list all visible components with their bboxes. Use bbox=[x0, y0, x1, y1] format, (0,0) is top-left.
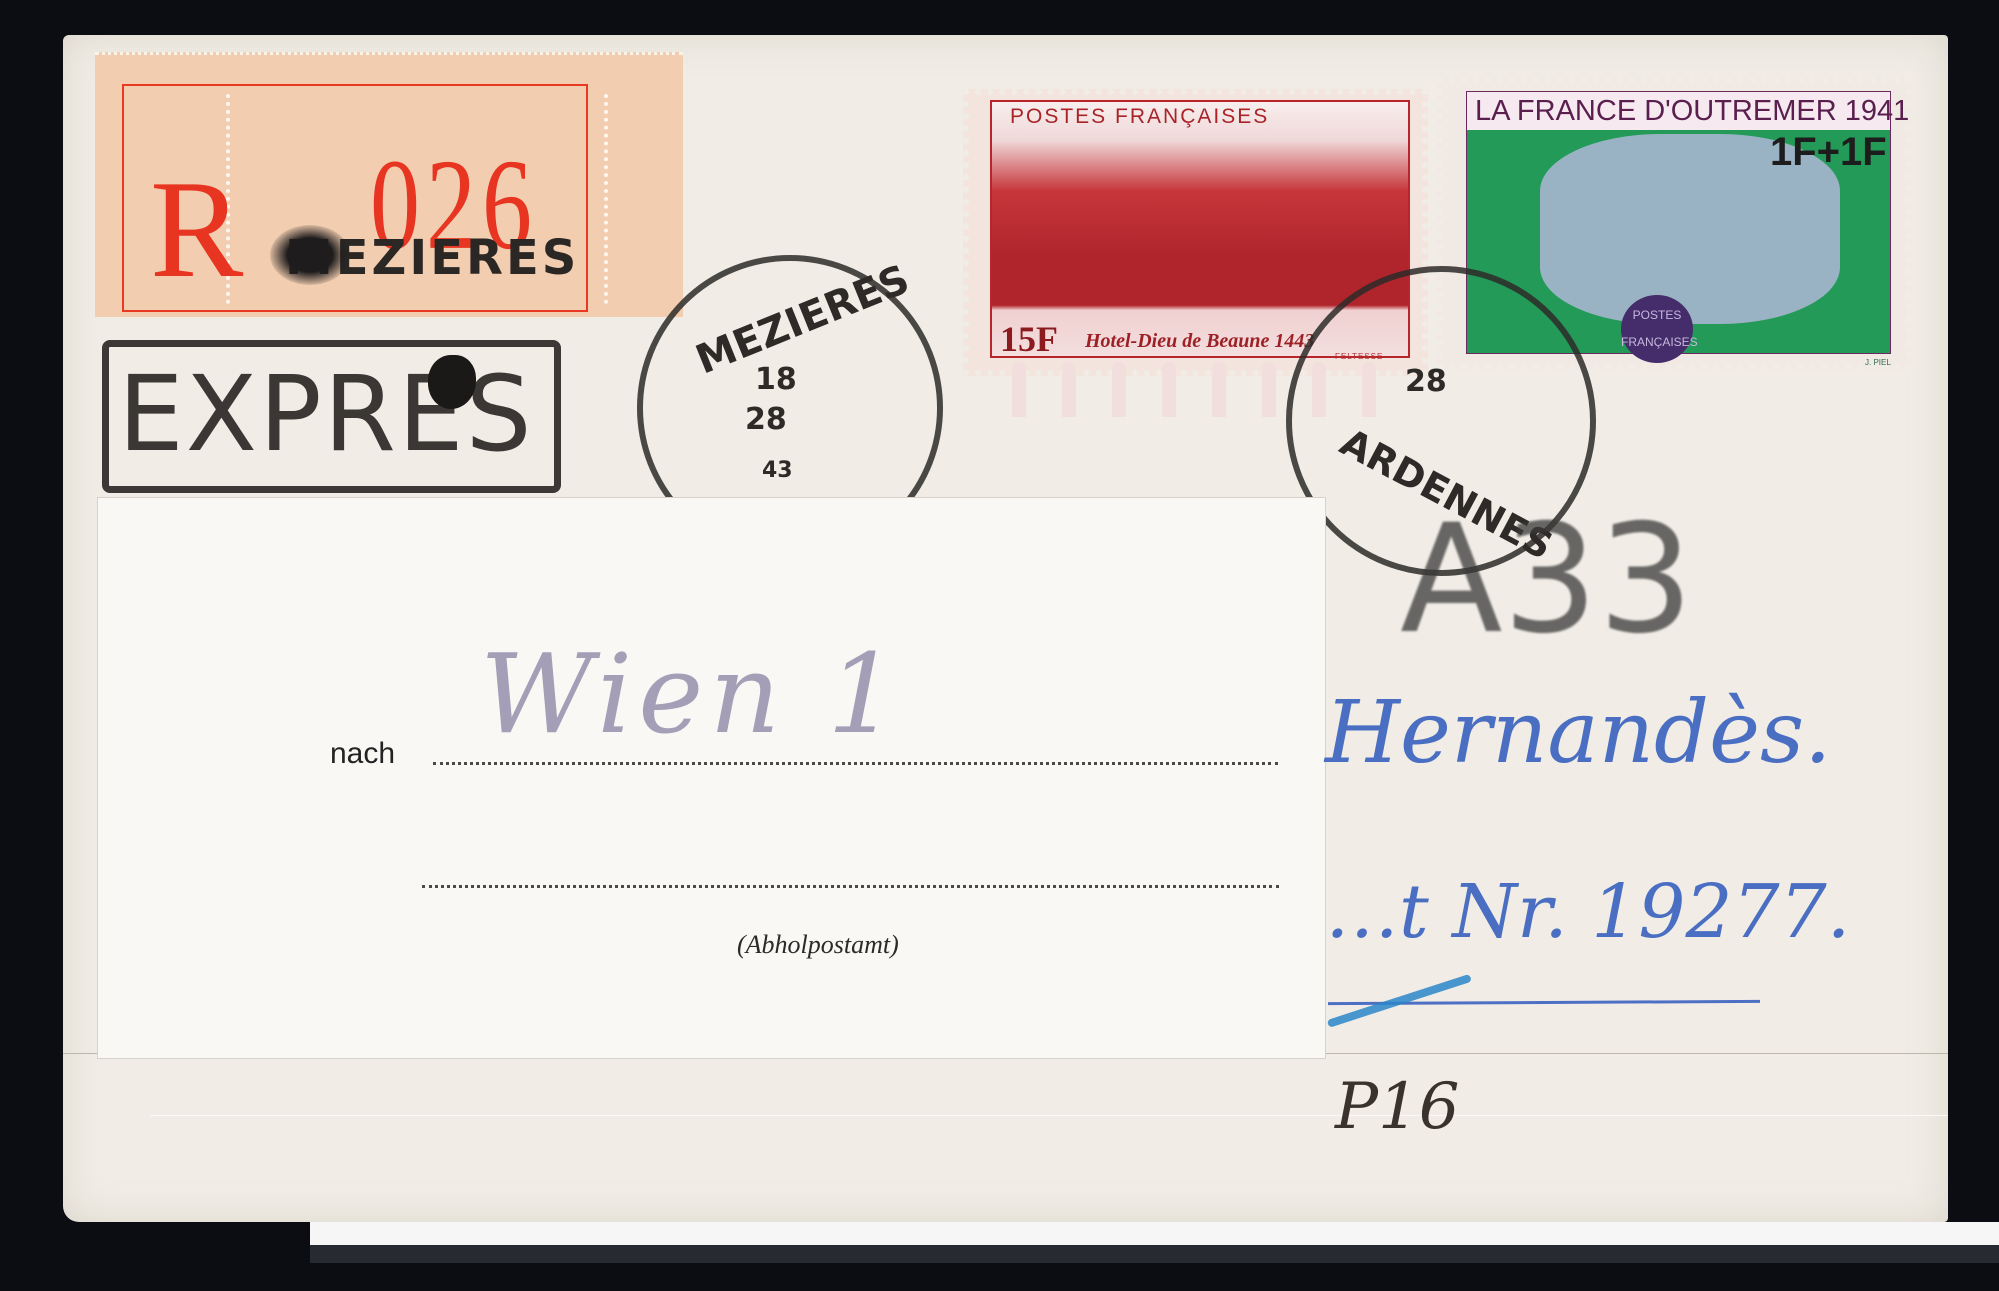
perforation-line bbox=[604, 94, 612, 304]
globe-badge-icon bbox=[1621, 295, 1693, 363]
arcade-arch bbox=[1062, 362, 1076, 417]
arcade-arch bbox=[1162, 362, 1176, 417]
postmark-time: 18 bbox=[755, 365, 797, 395]
arcade-arch bbox=[1262, 362, 1276, 417]
postmark-year: 43 bbox=[762, 460, 793, 482]
dotted-line bbox=[422, 885, 1279, 888]
address-name: Hernandès. bbox=[1325, 690, 1831, 776]
mount-strip bbox=[310, 1222, 1999, 1245]
bottom-note: P16 bbox=[1335, 1075, 1460, 1139]
address-number: …t Nr. 19277. bbox=[1325, 875, 1850, 949]
arcade-arch bbox=[1112, 362, 1126, 417]
badge-text-top: POSTES bbox=[1621, 308, 1693, 322]
stamp-caption: Hotel-Dieu de Beaune 1443 bbox=[1085, 330, 1314, 353]
field-label-nach: nach bbox=[330, 737, 395, 771]
pencil-number: A33 bbox=[1400, 505, 1693, 655]
ink-smudge bbox=[270, 225, 350, 285]
mount-strip-shadow bbox=[310, 1245, 1999, 1263]
forwarding-label bbox=[98, 498, 1325, 1058]
postmark-day: 28 bbox=[1405, 367, 1447, 397]
dotted-line bbox=[433, 762, 1278, 765]
handwritten-destination: Wien 1 bbox=[480, 630, 903, 758]
arcade-arch bbox=[1012, 362, 1026, 417]
registration-letter: R bbox=[150, 160, 243, 300]
stamp-header: LA FRANCE D'OUTREMER 1941 bbox=[1475, 95, 1909, 128]
field-caption: (Abholpostamt) bbox=[737, 930, 899, 960]
stamp-value: 1F+1F bbox=[1770, 130, 1887, 175]
postmark-day: 28 bbox=[745, 405, 787, 435]
badge-text-bottom: FRANÇAISES bbox=[1621, 335, 1693, 349]
envelope-flap-edge bbox=[150, 1115, 1948, 1116]
stamp-artist: J. PIEL bbox=[1865, 358, 1891, 367]
stamp-header: POSTES FRANÇAISES bbox=[1010, 105, 1269, 129]
stamp-value: 15F bbox=[1000, 318, 1058, 360]
arcade-arch bbox=[1212, 362, 1226, 417]
